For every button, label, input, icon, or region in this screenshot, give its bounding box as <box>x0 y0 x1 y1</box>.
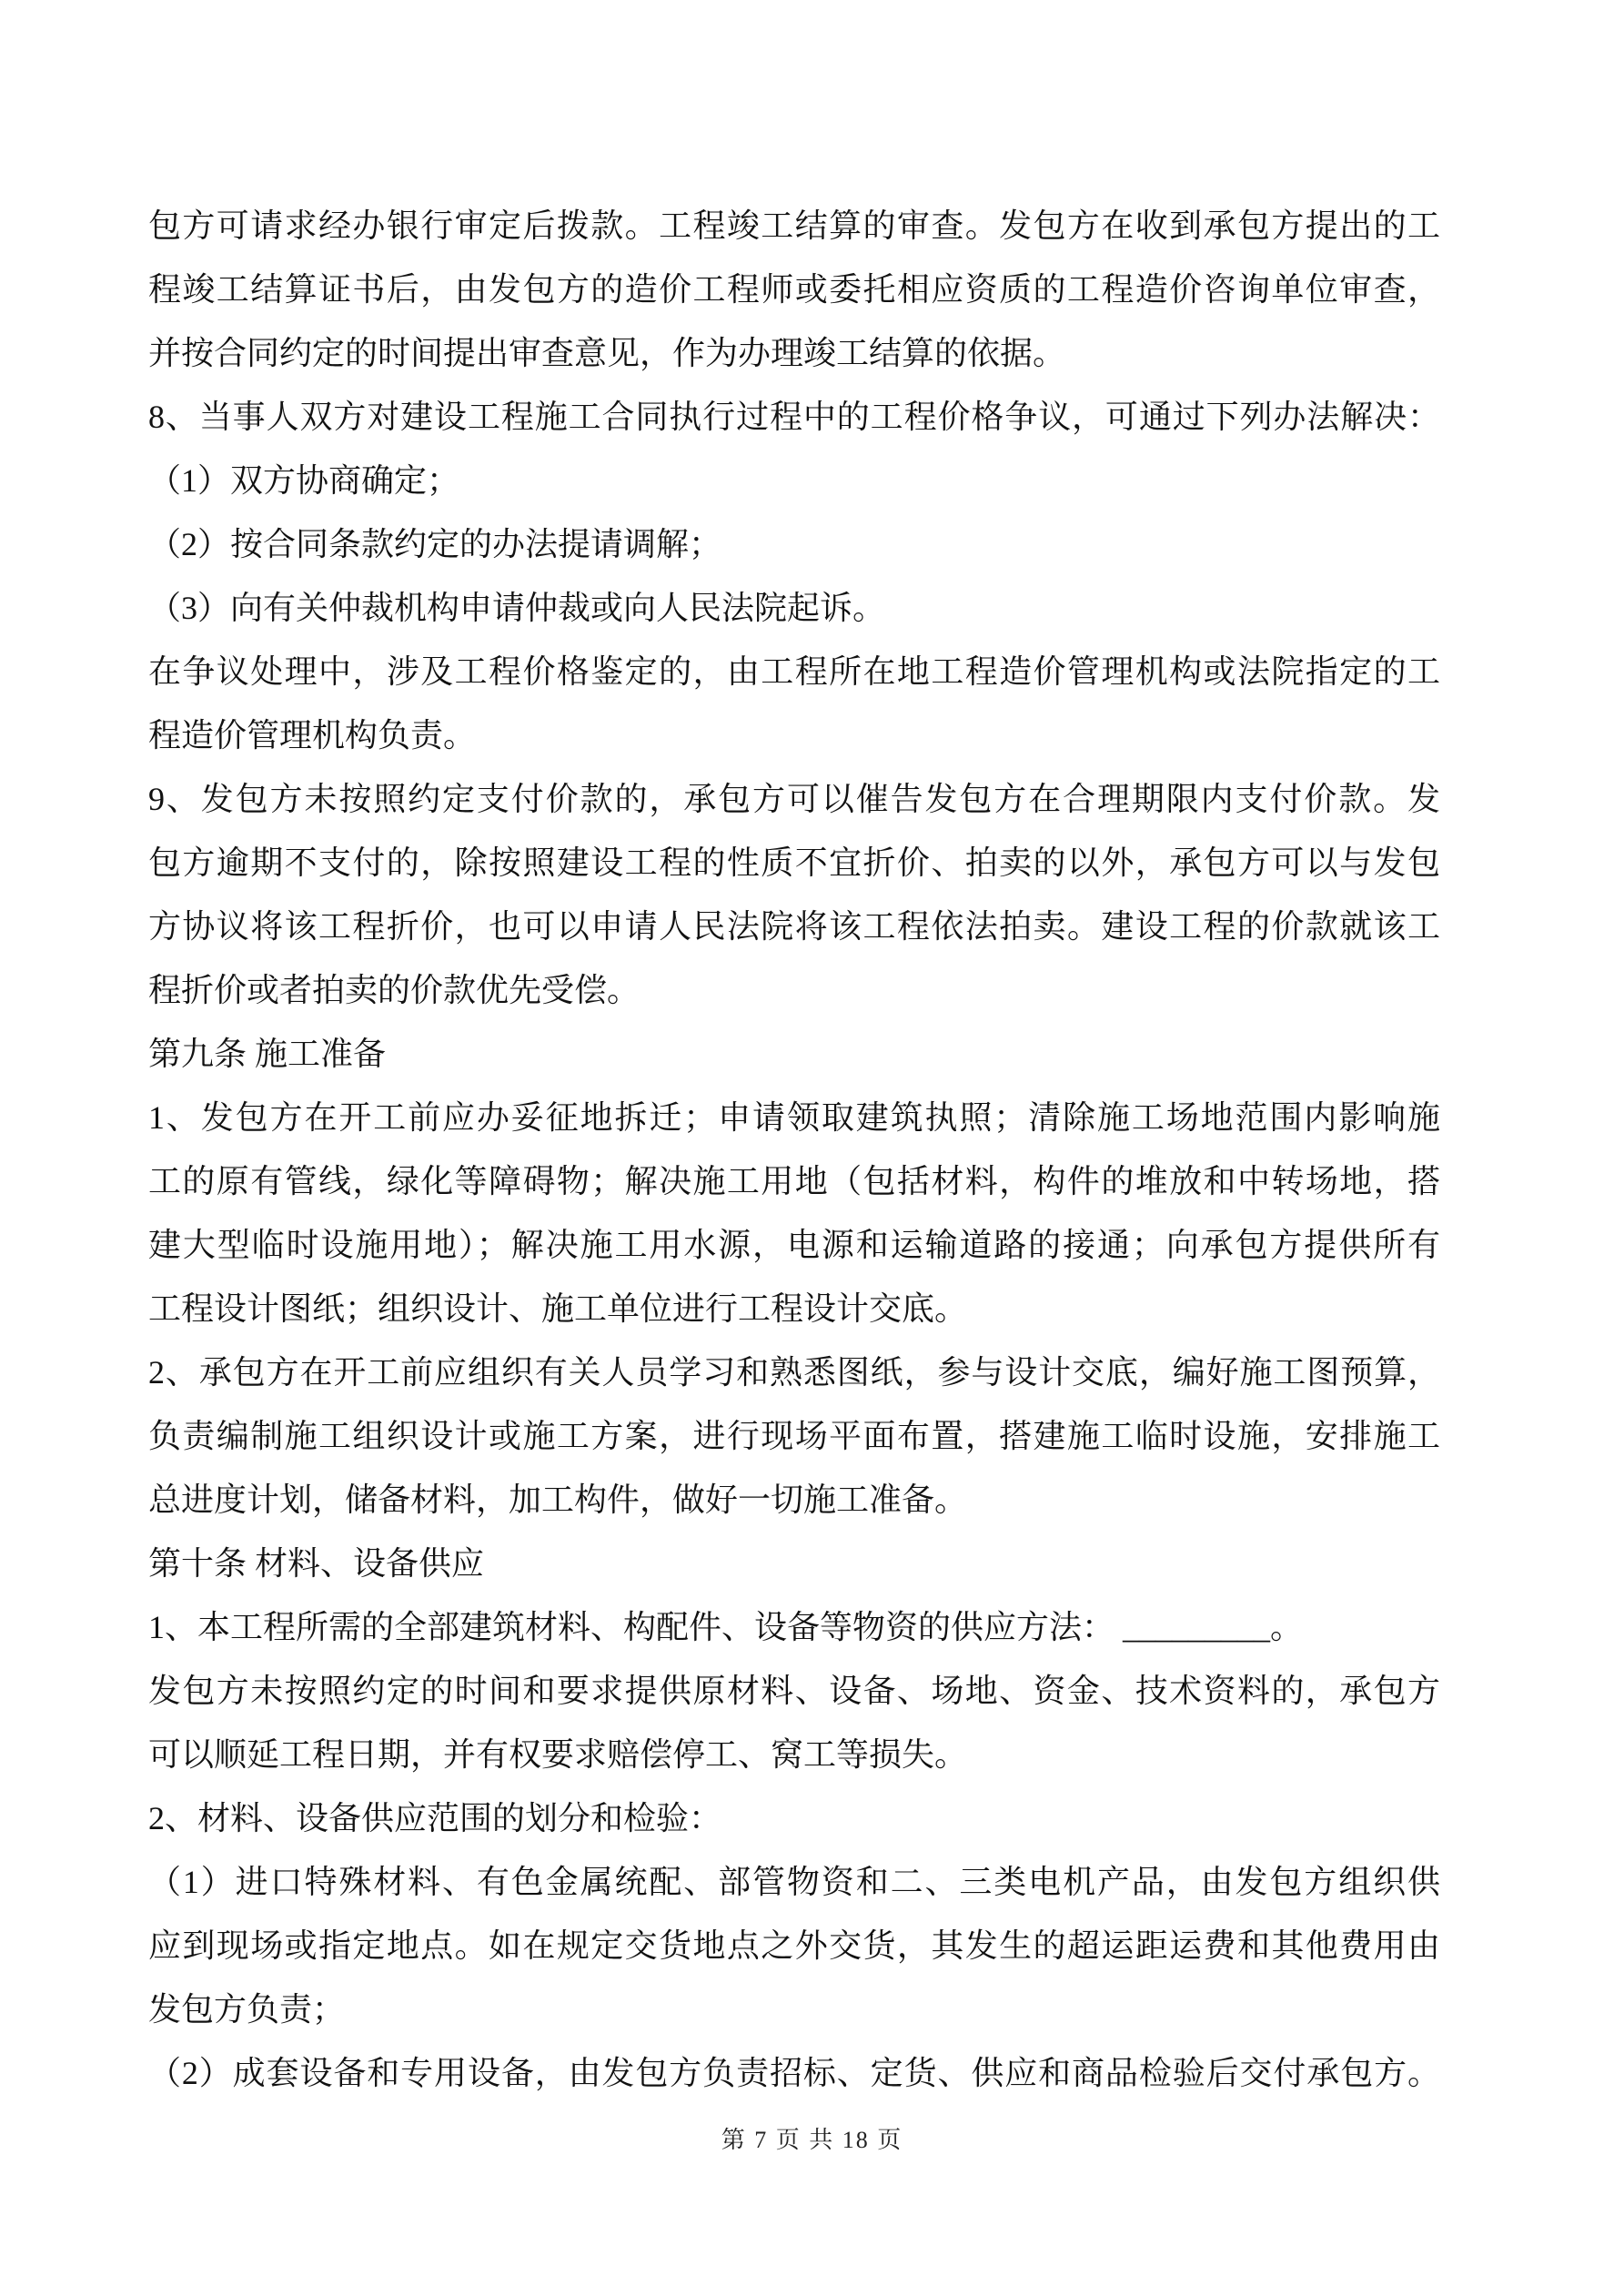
document-text-line: （2）成套设备和专用设备，由发包方负责招标、定货、供应和商品检验后交付承包方。 <box>148 2041 1440 2105</box>
document-text-line: 2、承包方在开工前应组织有关人员学习和熟悉图纸，参与设计交底，编好施工图预算， <box>148 1340 1440 1404</box>
document-text-line: 工程设计图纸；组织设计、施工单位进行工程设计交底。 <box>148 1277 1440 1340</box>
document-text-line: 工的原有管线，绿化等障碍物；解决施工用地（包括材料，构件的堆放和中转场地，搭 <box>148 1149 1440 1213</box>
document-text-line: （1）双方协商确定； <box>148 449 1440 512</box>
document-page: 包方可请求经办银行审定后拨款。工程竣工结算的审查。发包方在收到承包方提出的工程竣… <box>0 0 1624 2296</box>
document-text-line: 8、当事人双方对建设工程施工合同执行过程中的工程价格争议，可通过下列办法解决： <box>148 385 1440 449</box>
document-text-line: 发包方负责； <box>148 1977 1440 2041</box>
document-text-line: 发包方未按照约定的时间和要求提供原材料、设备、场地、资金、技术资料的，承包方 <box>148 1659 1440 1723</box>
document-text-line: （2）按合同条款约定的办法提请调解； <box>148 512 1440 576</box>
document-text-line: 1、发包方在开工前应办妥征地拆迁；申请领取建筑执照；清除施工场地范围内影响施 <box>148 1086 1440 1149</box>
document-text-line: 总进度计划，储备材料，加工构件，做好一切施工准备。 <box>148 1468 1440 1532</box>
document-text-line: 负责编制施工组织设计或施工方案，进行现场平面布置，搭建施工临时设施，安排施工 <box>148 1404 1440 1468</box>
document-text-line: 应到现场或指定地点。如在规定交货地点之外交货，其发生的超运距运费和其他费用由 <box>148 1914 1440 1977</box>
document-text-line: （3）向有关仲裁机构申请仲裁或向人民法院起诉。 <box>148 576 1440 640</box>
document-text-line: 方协议将该工程折价，也可以申请人民法院将该工程依法拍卖。建设工程的价款就该工 <box>148 895 1440 958</box>
document-text-line: 建大型临时设施用地）；解决施工用水源，电源和运输道路的接通；向承包方提供所有 <box>148 1213 1440 1277</box>
document-text-line-with-blank: 1、本工程所需的全部建筑材料、构配件、设备等物资的供应方法： _________… <box>148 1595 1440 1659</box>
document-text-line: 程造价管理机构负责。 <box>148 703 1440 767</box>
document-body: 包方可请求经办银行审定后拨款。工程竣工结算的审查。发包方在收到承包方提出的工程竣… <box>148 194 1440 2105</box>
document-text-line: 程竣工结算证书后，由发包方的造价工程师或委托相应资质的工程造价咨询单位审查， <box>148 258 1440 321</box>
document-text-line: 程折价或者拍卖的价款优先受偿。 <box>148 958 1440 1022</box>
document-text-line: 在争议处理中，涉及工程价格鉴定的，由工程所在地工程造价管理机构或法院指定的工 <box>148 640 1440 703</box>
document-text-line: 2、材料、设备供应范围的划分和检验： <box>148 1786 1440 1850</box>
document-text-line: 9、发包方未按照约定支付价款的，承包方可以催告发包方在合理期限内支付价款。发 <box>148 767 1440 831</box>
document-text-line: 包方逾期不支付的，除按照建设工程的性质不宜折价、拍卖的以外，承包方可以与发包 <box>148 831 1440 895</box>
document-text-line: （1）进口特殊材料、有色金属统配、部管物资和二、三类电机产品，由发包方组织供 <box>148 1850 1440 1914</box>
document-text-line: 第十条 材料、设备供应 <box>148 1532 1440 1595</box>
page-footer: 第 7 页 共 18 页 <box>0 2122 1624 2159</box>
document-text-line: 第九条 施工准备 <box>148 1022 1440 1086</box>
document-text-line: 包方可请求经办银行审定后拨款。工程竣工结算的审查。发包方在收到承包方提出的工 <box>148 194 1440 258</box>
document-text-line: 并按合同约定的时间提出审查意见，作为办理竣工结算的依据。 <box>148 321 1440 385</box>
document-text-line: 可以顺延工程日期，并有权要求赔偿停工、窝工等损失。 <box>148 1723 1440 1786</box>
